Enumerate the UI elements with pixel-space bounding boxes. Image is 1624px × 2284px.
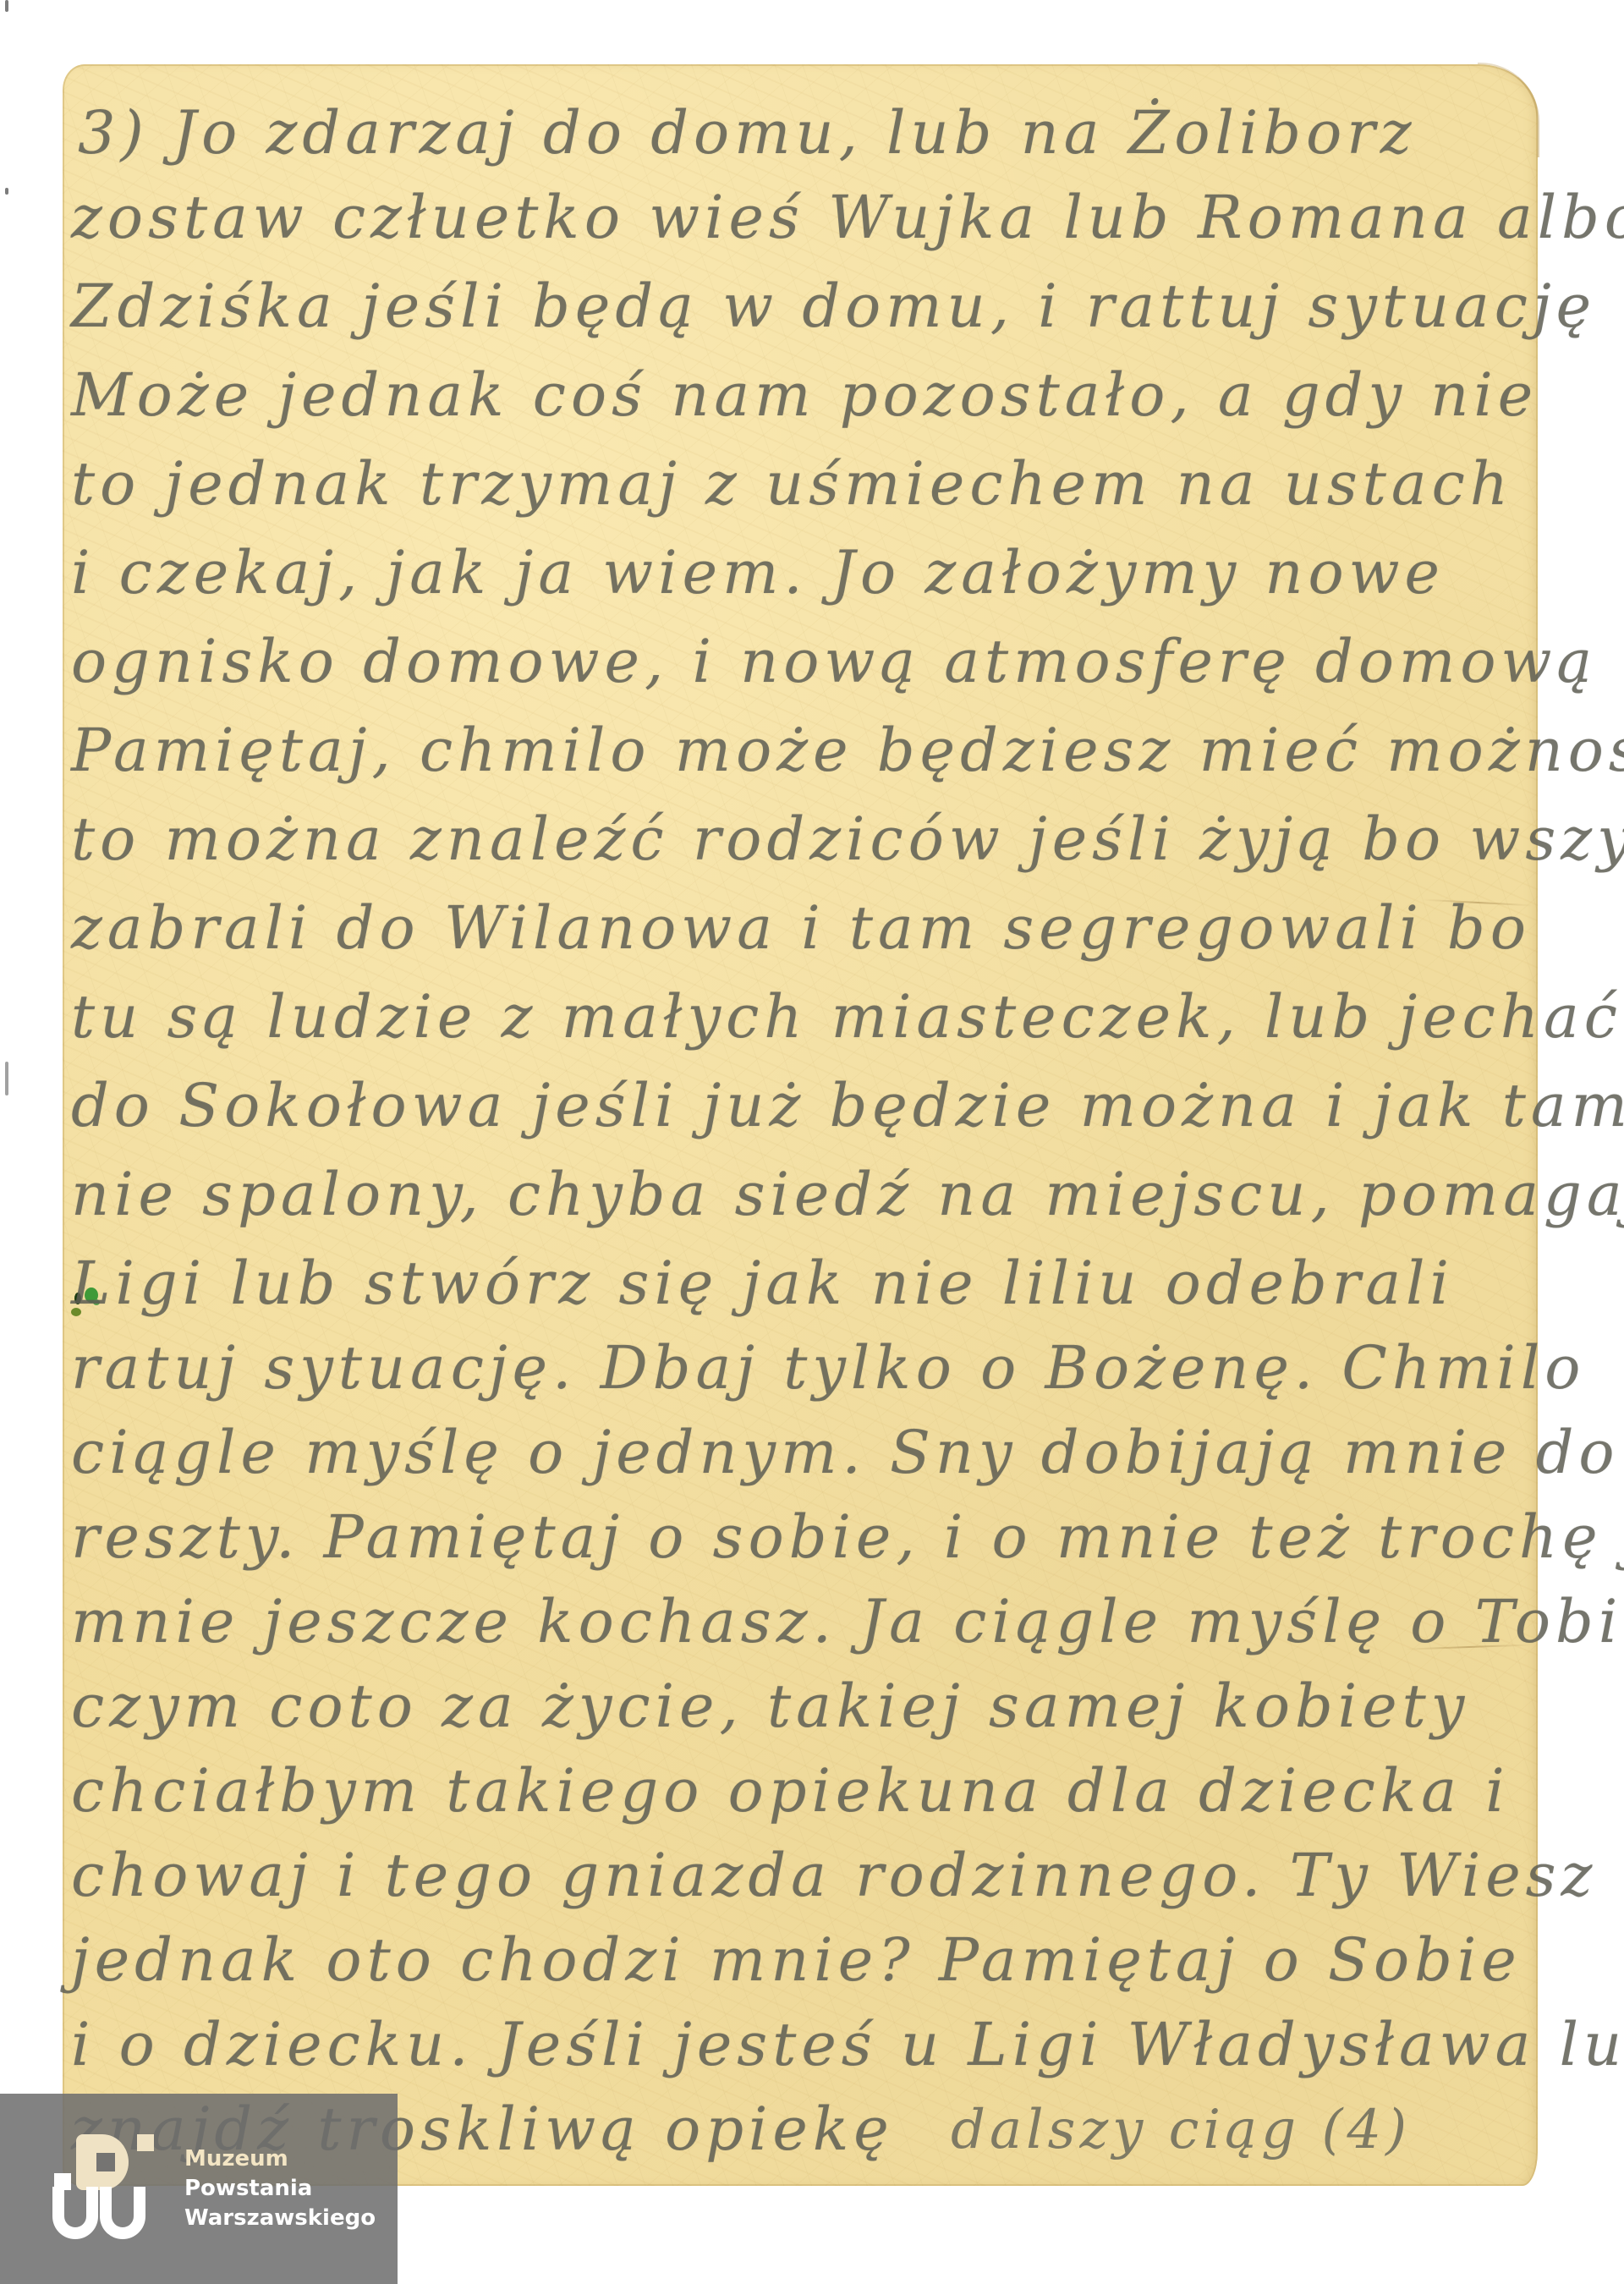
letter-line: tu są ludzie z małych miasteczek, lub je…	[71, 982, 1622, 1051]
letter-line: mnie jeszcze kochasz. Ja ciągle myślę o …	[71, 1587, 1624, 1656]
letter-line: jednak oto chodzi mnie? Pamiętaj o Sobie	[71, 1925, 1522, 1995]
letter-signoff: dalszy ciąg (4)	[951, 2099, 1411, 2161]
handwritten-letter: 3) Jo zdarzaj do domu, lub na Żoliborz z…	[63, 64, 1538, 2186]
letter-line: nie spalony, chyba siedź na miejscu, pom…	[71, 1160, 1624, 1229]
museum-name-line1: Muzeum	[184, 2145, 376, 2173]
museum-name: Muzeum Powstania Warszawskiego	[184, 2145, 376, 2232]
letter-line: do Sokołowa jeśli już będzie można i jak…	[71, 1071, 1624, 1140]
scan-edge-mark	[5, 1062, 8, 1095]
letter-line: zostaw człuetko wieś Wujka lub Romana al…	[71, 183, 1624, 252]
museum-name-line3: Warszawskiego	[184, 2204, 376, 2232]
letter-line: chciałbym takiego opiekuna dla dziecka i	[71, 1756, 1510, 1826]
letter-line: Zdziśka jeśli będą w domu, i rattuj sytu…	[71, 272, 1596, 341]
letter-line: reszty. Pamiętaj o sobie, i o mnie też t…	[71, 1502, 1624, 1572]
letter-line: Pamiętaj, chmilo może będziesz mieć możn…	[71, 716, 1624, 785]
letter-line: ciągle myślę o jednym. Sny dobijają mnie…	[71, 1418, 1620, 1487]
letter-line: czym coto za życie, takiej samej kobiety	[71, 1672, 1469, 1741]
letter-line: Ligi lub stwórz się jak nie liliu odebra…	[71, 1249, 1454, 1318]
scan-edge-mark	[5, 0, 8, 12]
letter-line: zabrali do Wilanowa i tam segregowali bo	[71, 893, 1531, 963]
anchor-kotwica-icon	[52, 2134, 162, 2244]
museum-watermark: Muzeum Powstania Warszawskiego	[0, 2094, 398, 2284]
letter-line: ognisko domowe, i nową atmosferę domową	[71, 627, 1597, 696]
scanned-document: 3) Jo zdarzaj do domu, lub na Żoliborz z…	[0, 0, 1624, 2284]
letter-line: i o dziecku. Jeśli jesteś u Ligi Władysł…	[71, 2010, 1624, 2079]
letter-line: to jednak trzymaj z uśmiechem na ustach	[71, 449, 1513, 519]
museum-name-line2: Powstania	[184, 2175, 376, 2203]
scan-edge-mark	[5, 188, 8, 195]
letter-line: Może jednak coś nam pozostało, a gdy nie	[71, 360, 1538, 430]
letter-line: 3) Jo zdarzaj do domu, lub na Żoliborz	[78, 98, 1417, 167]
letter-line: ratuj sytuację. Dbaj tylko o Bożenę. Chm…	[71, 1333, 1585, 1403]
letter-line: to można znaleźć rodziców jeśli żyją bo …	[71, 804, 1624, 874]
letter-line: chowaj i tego gniazda rodzinnego. Ty Wie…	[71, 1841, 1597, 1910]
letter-line: i czekaj, jak ja wiem. Jo założymy nowe	[71, 538, 1445, 607]
